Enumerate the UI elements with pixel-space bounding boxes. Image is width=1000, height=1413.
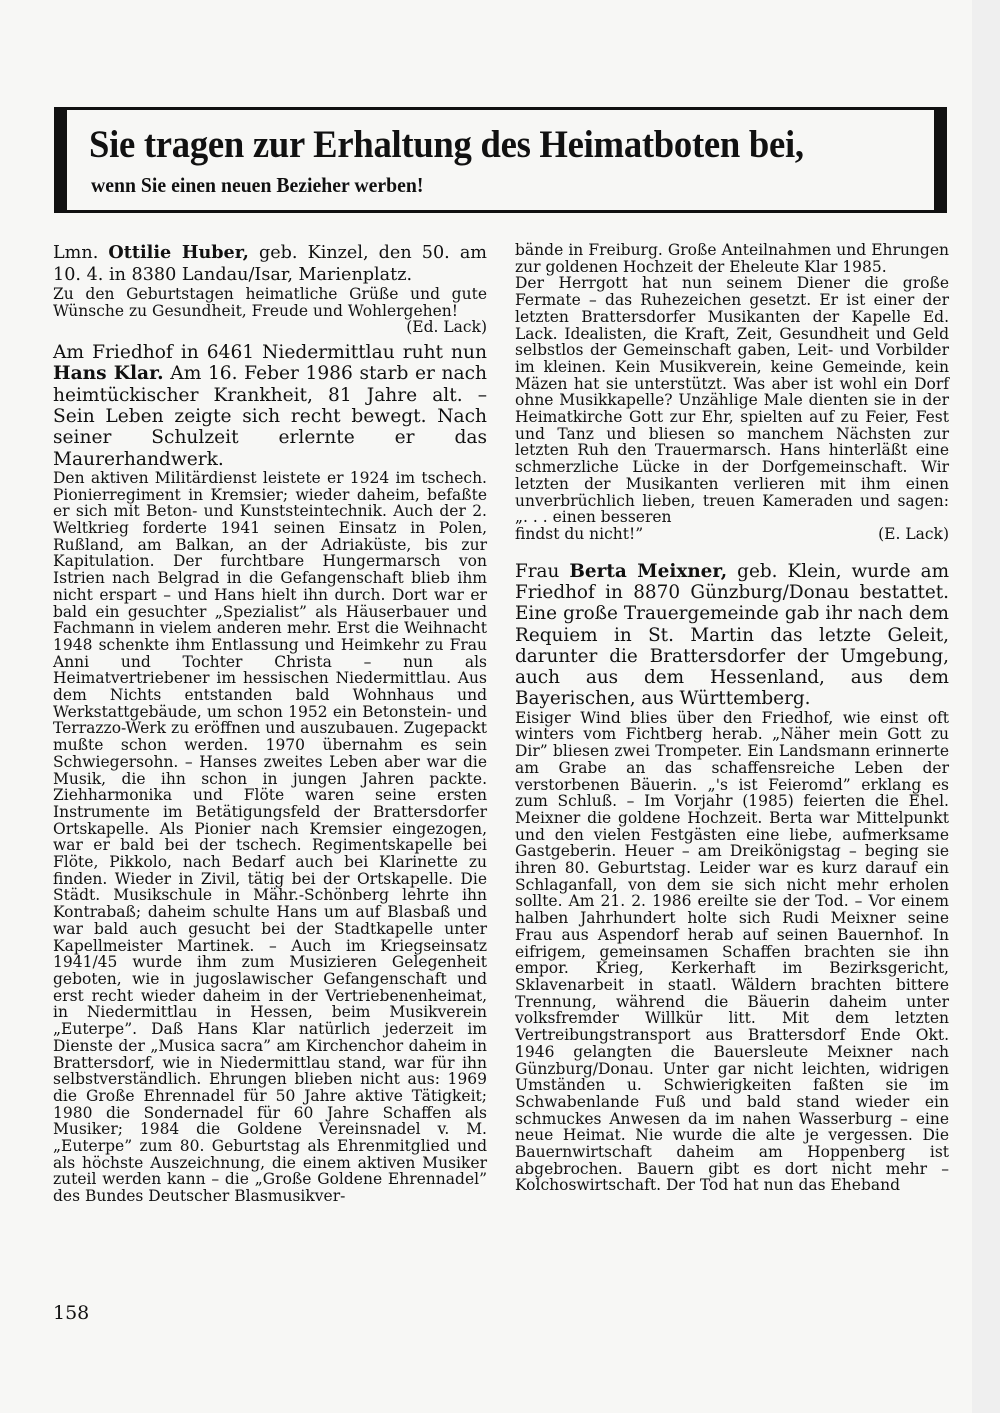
huber-name: Ottilie Huber, xyxy=(108,242,248,263)
klar-obituary-continued: bände in Freiburg. Große Anteilnahmen un… xyxy=(515,242,949,275)
meixner-intro-rest: geb. Klein, wurde am Friedhof in 8870 Gü… xyxy=(515,561,949,710)
huber-greeting: Zu den Geburtstagen heimatliche Grüße un… xyxy=(53,286,487,319)
klar-intro-prefix: Am Friedhof in 6461 Niedermittlau ruht n… xyxy=(53,342,487,363)
klar-tribute-closing: findst du nicht!” (E. Lack) xyxy=(515,526,949,543)
klar-tribute-last-line: findst du nicht!” xyxy=(515,526,643,543)
meixner-prefix: Frau xyxy=(515,561,569,582)
meixner-name: Berta Meixner, xyxy=(569,561,727,582)
meixner-obituary-intro: Frau Berta Meixner, geb. Klein, wurde am… xyxy=(515,561,949,710)
page-number: 158 xyxy=(53,1302,89,1324)
appeal-subheadline: wenn Sie einen neuen Bezieher werben! xyxy=(91,173,423,198)
magazine-page: Sie tragen zur Erhaltung des Heimatboten… xyxy=(0,0,972,1413)
klar-obituary-body: Den aktiven Militärdienst leistete er 19… xyxy=(53,470,487,1205)
huber-prefix: Lmn. xyxy=(53,243,108,263)
huber-signature: (Ed. Lack) xyxy=(53,319,487,336)
klar-signature: (E. Lack) xyxy=(878,526,949,543)
subscription-appeal-box: Sie tragen zur Erhaltung des Heimatboten… xyxy=(54,107,947,213)
klar-tribute: Der Herrgott hat nun seinem Diener die g… xyxy=(515,275,949,526)
klar-obituary-intro: Am Friedhof in 6461 Niedermittlau ruht n… xyxy=(53,342,487,470)
klar-name: Hans Klar. xyxy=(53,363,164,384)
huber-birthday-notice: Lmn. Ottilie Huber, geb. Kinzel, den 50.… xyxy=(53,242,487,286)
meixner-obituary-body: Eisiger Wind blies über den Friedhof, wi… xyxy=(515,710,949,1194)
appeal-headline: Sie tragen zur Erhaltung des Heimatboten… xyxy=(89,122,804,167)
left-column: Lmn. Ottilie Huber, geb. Kinzel, den 50.… xyxy=(53,242,487,1205)
right-column: bände in Freiburg. Große Anteilnahmen un… xyxy=(515,242,949,1194)
